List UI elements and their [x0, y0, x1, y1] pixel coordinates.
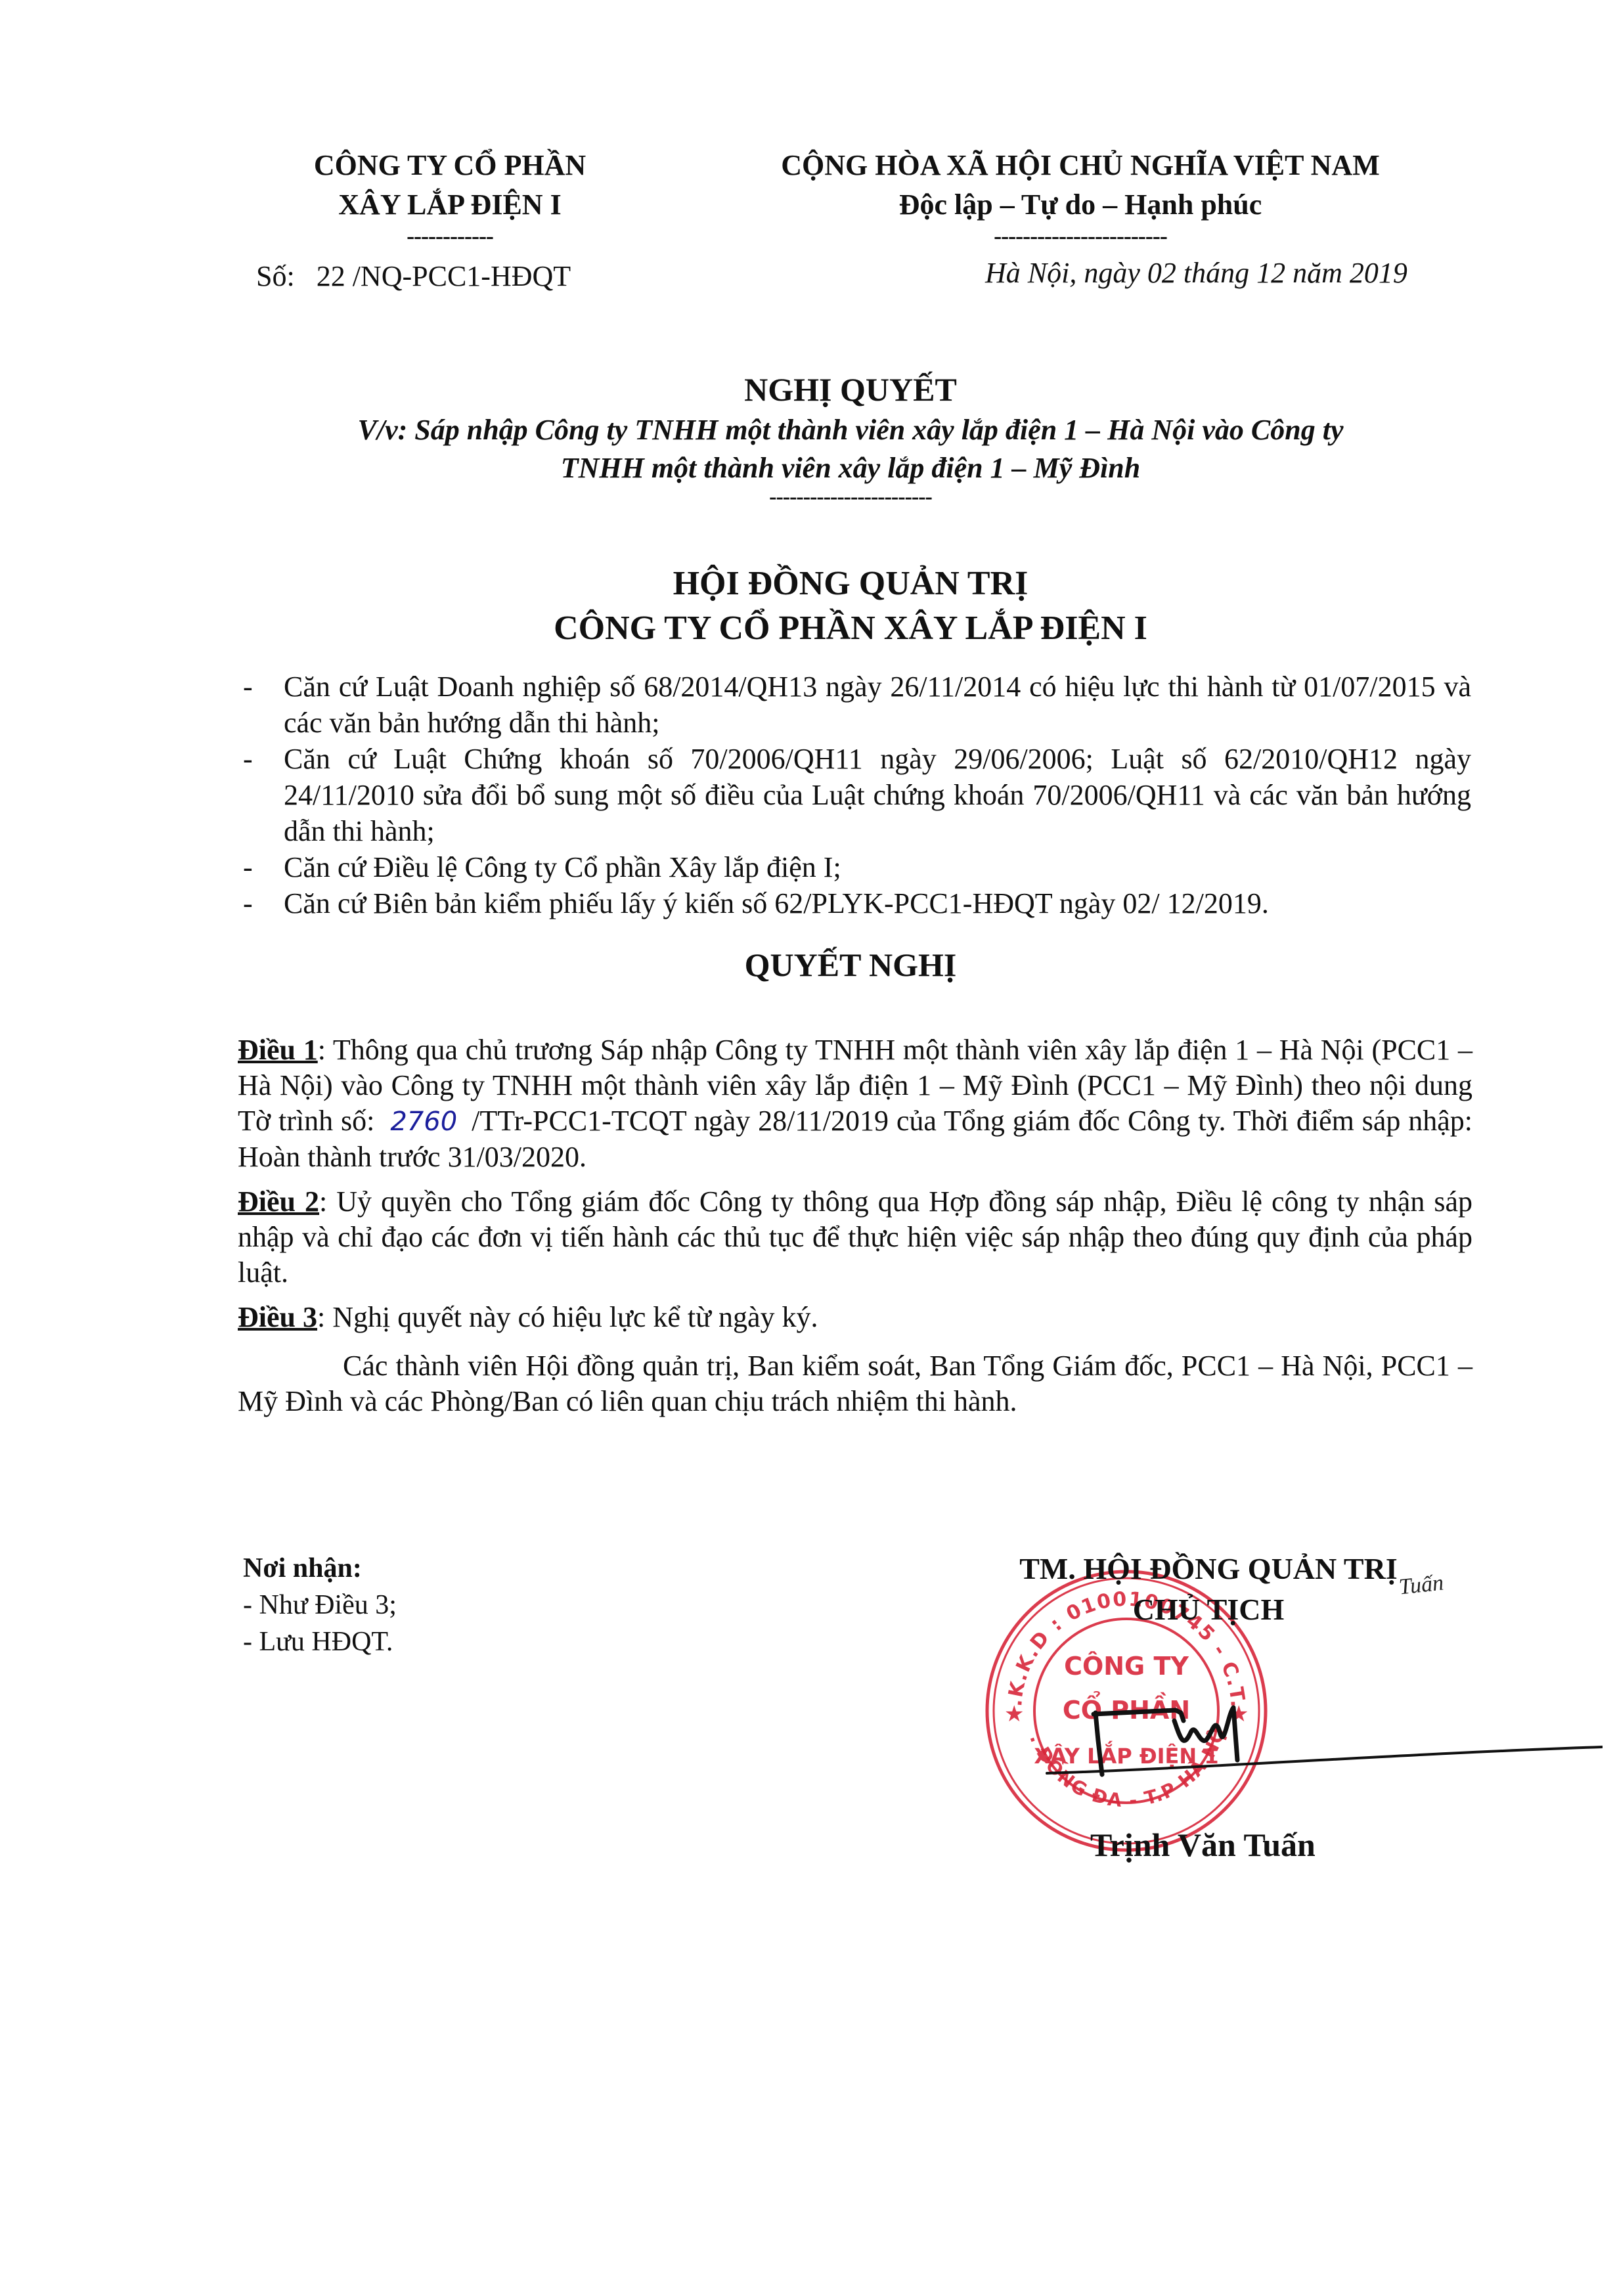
- article-1: Điều 1: Thông qua chủ trương Sáp nhập Cô…: [238, 1032, 1472, 1175]
- national-motto: Độc lập – Tự do – Hạnh phúc: [716, 185, 1445, 225]
- legal-bases-list: - Căn cứ Luật Doanh nghiệp số 68/2014/QH…: [243, 669, 1471, 921]
- signer-name: Trịnh Văn Tuấn: [1090, 1826, 1316, 1864]
- country-name: CỘNG HÒA XÃ HỘI CHỦ NGHĨA VIỆT NAM: [716, 146, 1445, 185]
- article-text: : Uỷ quyền cho Tổng giám đốc Công ty thô…: [238, 1185, 1472, 1289]
- bullet-dash: -: [243, 849, 284, 885]
- article-text: : Nghị quyết này có hiệu lực kể từ ngày …: [317, 1301, 818, 1333]
- national-divider: ------------------------: [716, 225, 1445, 247]
- handwritten-signature: [1011, 1629, 1603, 1793]
- document-number: Số: 22 /NQ-PCC1-HĐQT: [256, 259, 571, 293]
- issuing-body-line1: HỘI ĐỒNG QUẢN TRỊ: [250, 562, 1451, 606]
- handwritten-submission-number: 2760: [374, 1104, 472, 1139]
- document-number-value: 22 /NQ-PCC1-HĐQT: [317, 260, 571, 292]
- article-2: Điều 2: Uỷ quyền cho Tổng giám đốc Công …: [238, 1184, 1472, 1291]
- legal-basis-text: Căn cứ Luật Doanh nghiệp số 68/2014/QH13…: [284, 669, 1471, 741]
- document-title-block: NGHỊ QUYẾT V/v: Sáp nhập Công ty TNHH mộ…: [250, 368, 1451, 507]
- legal-basis-item: - Căn cứ Biên bản kiểm phiếu lấy ý kiến …: [243, 885, 1471, 921]
- company-divider: ------------: [250, 225, 650, 247]
- signature-block: TM. HỘI ĐỒNG QUẢN TRỊ CHỦ TỊCH: [946, 1549, 1471, 1630]
- decision-heading: QUYẾT NGHỊ: [250, 946, 1451, 984]
- bullet-dash: -: [243, 885, 284, 921]
- issuing-body: HỘI ĐỒNG QUẢN TRỊ CÔNG TY CỔ PHẦN XÂY LẮ…: [250, 562, 1451, 651]
- document-subject-line1: V/v: Sáp nhập Công ty TNHH một thành viê…: [250, 411, 1451, 449]
- legal-basis-item: - Căn cứ Luật Chứng khoán số 70/2006/QH1…: [243, 741, 1471, 849]
- title-divider: ------------------------: [250, 487, 1451, 507]
- legal-basis-item: - Căn cứ Luật Doanh nghiệp số 68/2014/QH…: [243, 669, 1471, 741]
- company-name-line1: CÔNG TY CỔ PHẦN: [250, 146, 650, 185]
- bullet-dash: -: [243, 669, 284, 741]
- document-number-label: Số:: [256, 260, 295, 292]
- implementation-clause: Các thành viên Hội đồng quản trị, Ban ki…: [238, 1348, 1472, 1419]
- article-3: Điều 3: Nghị quyết này có hiệu lực kể từ…: [238, 1300, 1472, 1335]
- article-label: Điều 2: [238, 1185, 319, 1218]
- issuing-company-header: CÔNG TY CỔ PHẦN XÂY LẮP ĐIỆN I ---------…: [250, 146, 650, 247]
- national-header: CỘNG HÒA XÃ HỘI CHỦ NGHĨA VIỆT NAM Độc l…: [716, 146, 1445, 247]
- legal-basis-text: Căn cứ Điều lệ Công ty Cổ phần Xây lắp đ…: [284, 849, 1471, 885]
- document-title: NGHỊ QUYẾT: [250, 368, 1451, 411]
- issuing-body-line2: CÔNG TY CỔ PHẦN XÂY LẮP ĐIỆN I: [250, 606, 1451, 651]
- bullet-dash: -: [243, 741, 284, 849]
- recipient-item: - Như Điều 3;: [243, 1587, 397, 1623]
- legal-basis-item: - Căn cứ Điều lệ Công ty Cổ phần Xây lắp…: [243, 849, 1471, 885]
- place-and-date: Hà Nội, ngày 02 tháng 12 năm 2019: [985, 256, 1407, 290]
- on-behalf-of: TM. HỘI ĐỒNG QUẢN TRỊ: [946, 1549, 1471, 1589]
- recipient-item: - Lưu HĐQT.: [243, 1623, 397, 1660]
- signer-position: CHỦ TỊCH: [946, 1589, 1471, 1630]
- legal-basis-text: Căn cứ Luật Chứng khoán số 70/2006/QH11 …: [284, 741, 1471, 849]
- company-name-line2: XÂY LẮP ĐIỆN I: [250, 185, 650, 225]
- articles: Điều 1: Thông qua chủ trương Sáp nhập Cô…: [238, 1032, 1472, 1419]
- article-label: Điều 3: [238, 1301, 317, 1333]
- handwritten-initials: Tuấn: [1398, 1571, 1445, 1601]
- recipients-heading: Nơi nhận:: [243, 1550, 397, 1587]
- recipients-block: Nơi nhận: - Như Điều 3; - Lưu HĐQT.: [243, 1550, 397, 1660]
- document-subject-line2: TNHH một thành viên xây lắp điện 1 – Mỹ …: [250, 449, 1451, 487]
- article-label: Điều 1: [238, 1034, 318, 1066]
- legal-basis-text: Căn cứ Biên bản kiểm phiếu lấy ý kiến số…: [284, 885, 1471, 921]
